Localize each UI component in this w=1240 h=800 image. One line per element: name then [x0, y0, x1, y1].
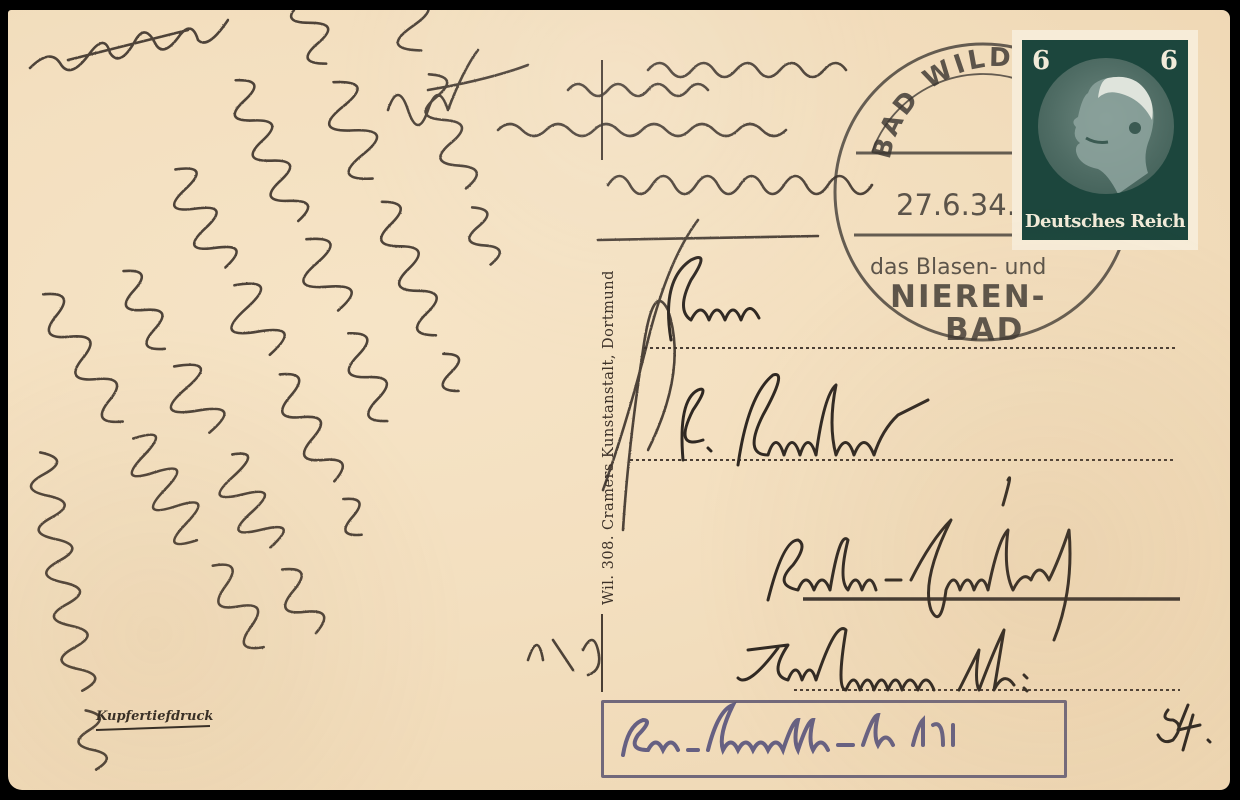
sender-stamp-text: Spd.-Eichelsdf.-Str. 101 [604, 703, 605, 704]
address-handwriting [669, 258, 1211, 751]
message-handwriting [25, 10, 872, 772]
portrait-medallion-icon [1038, 58, 1174, 194]
postmark-slogan-3: BAD [945, 312, 1024, 348]
address-lines [630, 348, 1180, 690]
stamp-value-right: 6 [1160, 46, 1178, 76]
stamp-value-left: 6 [1032, 46, 1050, 76]
label-underline [96, 726, 210, 730]
print-method-label: Kupfertiefdruck [95, 709, 213, 724]
postmark-slogan-1: das Blasen- und [870, 255, 1046, 280]
stamp-face: 6 6 Deutsches Reich [1022, 40, 1188, 240]
postmark-slogan-2: NIEREN- [890, 279, 1047, 315]
sender-rubber-stamp: Spd.-Eichelsdf.-Str. 101 [601, 700, 1067, 778]
postmark-town: BAD WILDUNGEN [8, 10, 1043, 162]
postage-stamp: 6 6 Deutsches Reich [1012, 30, 1198, 250]
stamp-country: Deutsches Reich [1022, 211, 1188, 232]
postcard: Wil. 308. Cramers Kunstanstalt, Dortmund… [8, 10, 1230, 790]
